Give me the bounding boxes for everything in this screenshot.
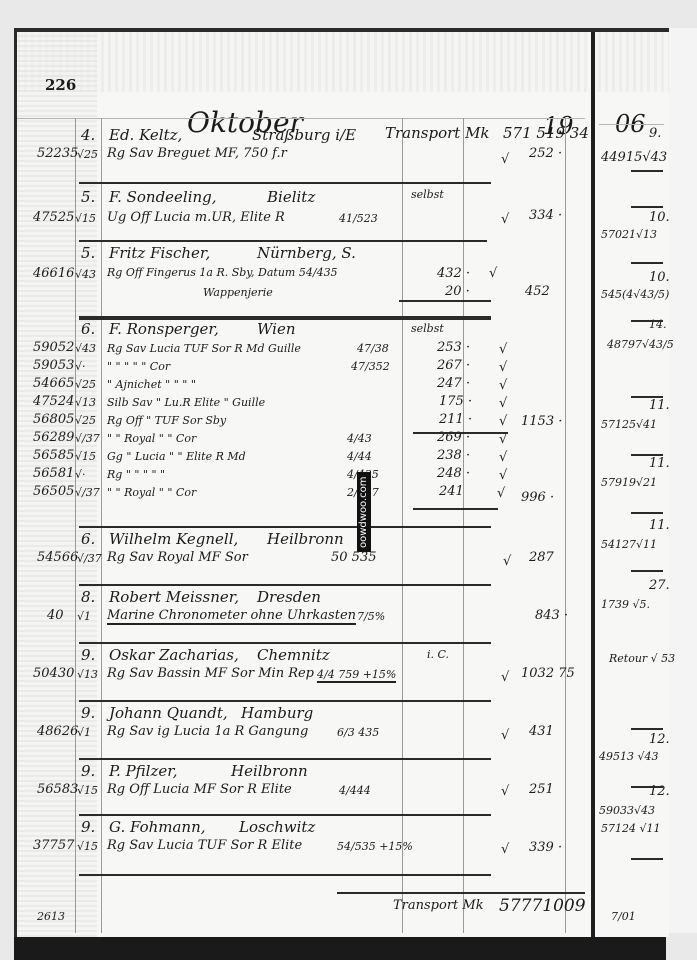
entry-mode: i. C. [427,648,449,661]
entry-rule [79,814,491,816]
sub-item-amount: 175 · [439,394,472,409]
sub-item-description: " " Royal " " Cor [107,486,196,499]
entry-item-no: 54566 [37,550,78,565]
entry-rule [79,874,491,876]
entry-city: Hamburg [241,704,313,722]
right-note: 11. [649,398,670,413]
entry-description: Rg Sav Lucia TUF Sor R Elite [107,838,302,853]
entry-amount: 252 · [529,146,562,161]
right-note: 27. [649,578,670,593]
check-mark: √ [499,450,507,465]
entry-city: Nürnberg, S. [257,244,356,262]
entry-city: Bielitz [267,188,315,206]
right-rule [631,570,663,572]
sub-item-description: Rg Sav Lucia TUF Sor R Md Guille [107,342,301,355]
sub-item-amount: 253 · [437,340,470,355]
right-rule [631,728,663,730]
entry-customer: Fritz Fischer, [109,244,210,262]
sub-item-no: 56585 [33,448,74,463]
check-mark: √ [499,414,507,429]
right-rule [631,396,663,398]
closing-transport-value: 57771009 [499,896,586,916]
scan-noise-top [17,32,669,92]
entry-rule [79,526,491,528]
entry-rule [79,700,491,702]
header-rule-right [599,124,664,125]
sum-rule [413,432,508,434]
entry-amount: 843 · [535,608,568,623]
entry-price: 4/444 [339,784,371,797]
sum-rule [399,300,491,302]
entry-description: Rg Sav Bassin MF Sor Min Rep [107,666,314,681]
check-mark: √ [499,360,507,375]
sub-item-no: 56805 [33,412,74,427]
sub-item-price: 47/352 [351,360,390,373]
entry-price: 7/5% [357,610,385,623]
sub-item-amount: 248 · [437,466,470,481]
total-rule [337,892,585,894]
right-ref: 545(4√43/5) [601,288,669,301]
footer-left-note: 2613 [37,910,65,923]
sub-item-no: 56505 [33,484,74,499]
sub-item-description: " " " " " Cor [107,360,170,373]
sub-item-no: 56289 [33,430,74,445]
sub-item-description: " Ajnichet " " " " [107,378,196,391]
sub-item-code: √25 [75,378,96,391]
subtotal: 1153 · [521,414,562,429]
entry-code: √15 [77,840,98,853]
right-rule [631,170,663,172]
right-rule [631,206,663,208]
check-mark: √ [501,152,509,167]
right-ref: 59033√43 [599,804,655,817]
entry-item-no: 48626 [37,724,78,739]
check-mark: √ [501,212,509,227]
sub-item-code: √15 [75,450,96,463]
entry-rule [79,758,491,760]
entry-amount: 251 [529,782,554,797]
check-mark: √ [497,486,505,501]
entry-amount: 339 · [529,840,562,855]
right-ref: 49513 √43 [599,750,659,763]
sub-item-no: 47524 [33,394,74,409]
entry-price: 41/523 [339,212,378,225]
entry-city: Chemnitz [257,646,330,664]
right-rule [631,262,663,264]
right-rule [631,320,663,322]
right-ref: 57124 √11 [601,822,661,835]
closing-transport-label: Transport Mk [393,898,484,913]
entry-customer: Ed. Keltz, [109,126,182,144]
check-mark: √ [501,784,509,799]
column-divider [75,118,76,933]
entry-code: √1 [77,610,91,623]
right-ref: 54127√11 [601,538,657,551]
entry-customer: G. Fohmann, [109,818,206,836]
right-note: 9. [649,126,661,141]
entry-code: √13 [77,668,98,681]
entry-mode: selbst [411,188,444,201]
right-note: 11. [649,456,670,471]
line-amount: 432 · [437,266,470,281]
entry-rule [79,316,491,318]
sub-item-code: √25 [75,414,96,427]
entry-day: 6. [81,530,95,548]
entry-city: Dresden [257,588,321,606]
entry-item-no: 47525 [33,210,74,225]
entry-price: 4/4 759 +15% [317,668,396,683]
entry-city: Heilbronn [231,762,308,780]
entry-rule [79,182,491,184]
sub-item-no: 56581 [33,466,74,481]
entry-code: √/37 [77,552,102,565]
entry-city: Loschwitz [239,818,315,836]
sub-item-amount: 267 · [437,358,470,373]
entry-city: Heilbronn [267,530,344,548]
entry-description: Rg Sav Breguet MF, 750 f.r [107,146,287,161]
entry-description: Ug Off Lucia m.UR, Elite R [107,210,285,225]
sub-item-description: " " Royal " " Cor [107,432,196,445]
sub-item-amount: 241 [439,484,464,499]
entry-day: 5. [81,188,95,206]
right-rule [631,512,663,514]
sub-item-code: √/37 [75,486,100,499]
scan-margin-right [666,28,697,933]
entry-day: 5. [81,244,95,262]
sub-item-amount: 247 · [437,376,470,391]
entry-item-no: 40 [47,608,64,623]
check-mark: √ [501,670,509,685]
page-divider [591,32,595,937]
entry-customer: F. Ronsperger, [109,320,219,338]
sub-item-description: Rg " " " " " [107,468,165,481]
entry-customer: Wilhelm Kegnell, [109,530,238,548]
entry-day: 9. [81,818,95,836]
check-mark: √ [499,396,507,411]
sub-item-price: 47/38 [357,342,389,355]
entry-customer: P. Pfilzer, [109,762,178,780]
entry-code: √15 [75,212,96,225]
right-rule [631,858,663,860]
entry-rule [79,584,491,586]
sub-item-price: 4/44 [347,450,372,463]
sub-item-price: 4/43 [347,432,372,445]
entry-rule [79,240,487,242]
entry-item-no: 50430 [33,666,74,681]
column-divider [565,118,566,933]
right-rule [631,786,663,788]
entry-day: 9. [81,646,95,664]
entry-amount: 287 [529,550,554,565]
transport-label: Transport Mk [385,124,490,142]
entry-day: 8. [81,588,95,606]
entry-item-no: 46616 [33,266,74,281]
check-mark: √ [499,432,507,447]
check-mark: √ [499,378,507,393]
entry-description: Marine Chronometer ohne Uhrkasten [107,608,356,625]
right-note: 11. [649,518,670,533]
entry-city: Straßburg i/E [252,126,356,144]
sub-item-code: √43 [75,342,96,355]
sub-item-no: 54665 [33,376,74,391]
watermark: oowdwoo.com [357,472,371,552]
entry-customer: Johann Quandt, [109,704,228,722]
right-note: 10. [649,210,670,225]
line-amount: 20 · [445,284,470,299]
right-note: 12. [649,732,670,747]
sub-item-amount: 211 · [439,412,472,427]
footer-right-note: 7/01 [611,910,636,923]
entry-customer: Oskar Zacharias, [109,646,239,664]
entry-item-no: 52235 [37,146,78,161]
sub-item-code: √/37 [75,432,100,445]
check-mark: √ [499,468,507,483]
entry-item-no: 37757 [33,838,74,853]
entry-description: Rg Sav ig Lucia 1a R Gangung [107,724,308,739]
scan-edge-bottom [14,933,666,960]
right-rule [631,454,663,456]
check-mark: √ [503,554,511,569]
check-mark: √ [499,342,507,357]
entry-mode: selbst [411,322,444,335]
check-mark: √ [489,266,497,281]
right-ref: 57919√21 [601,476,657,489]
sub-item-no: 59053 [33,358,74,373]
sub-item-code: √· [75,360,86,373]
right-ref: 57021√13 [601,228,657,241]
subtotal: 996 · [521,490,554,505]
sum-rule [413,508,498,510]
right-ref: 44915√43 [601,150,667,165]
transport-value: 571 519 34 [503,124,589,142]
entry-code: √43 [75,268,96,281]
sub-item-description: Rg Off " TUF Sor Sby [107,414,226,427]
right-note: 10. [649,270,670,285]
entry-day: 9. [81,762,95,780]
sub-item-description: Silb Sav " Lu.R Elite " Guille [107,396,265,409]
right-ref: 48797√43/5 [607,338,674,351]
entry-item-no: 56583 [37,782,78,797]
page-number: 226 [45,76,76,94]
entry-code: √25 [77,148,98,161]
right-note: Retour √ 53 [609,652,675,665]
check-mark: √ [501,728,509,743]
entry-price: 50 535 [331,550,377,565]
entry-amount: 452 [525,284,550,299]
entry-rule [79,642,491,644]
sub-item-no: 59052 [33,340,74,355]
sub-item-code: √· [75,468,86,481]
sub-item-description: Gg " Lucia " " Elite R Md [107,450,246,463]
sub-item-code: √13 [75,396,96,409]
entry-code: √1 [77,726,91,739]
right-ref: 57125√41 [601,418,657,431]
check-mark: √ [501,842,509,857]
entry-description: Rg Off Lucia MF Sor R Elite [107,782,292,797]
entry-amount: 334 · [529,208,562,223]
entry-price: 6/3 435 [337,726,379,739]
entry-day: 4. [81,126,95,144]
ledger-page: 226 Oktober 19 06 Transport Mk 571 519 3… [14,28,669,937]
right-ref: 1739 √5. [601,598,650,611]
header-rule [17,118,585,119]
entry-description: Rg Off Fingerus 1a R. Sby, Datum 54/435 [107,266,338,279]
entry-customer: F. Sondeeling, [109,188,217,206]
entry-customer: Robert Meissner, [109,588,239,606]
entry-day: 9. [81,704,95,722]
entry-city: Wien [257,320,296,338]
entry-amount: 431 [529,724,554,739]
entry-price: 54/535 +15% [337,840,413,853]
entry-day: 6. [81,320,95,338]
sub-item-amount: 238 · [437,448,470,463]
entry-amount: 1032 75 [521,666,575,681]
entry-sub-description: Wappenjerie [203,286,273,299]
entry-description: Rg Sav Royal MF Sor [107,550,248,565]
entry-code: √15 [77,784,98,797]
